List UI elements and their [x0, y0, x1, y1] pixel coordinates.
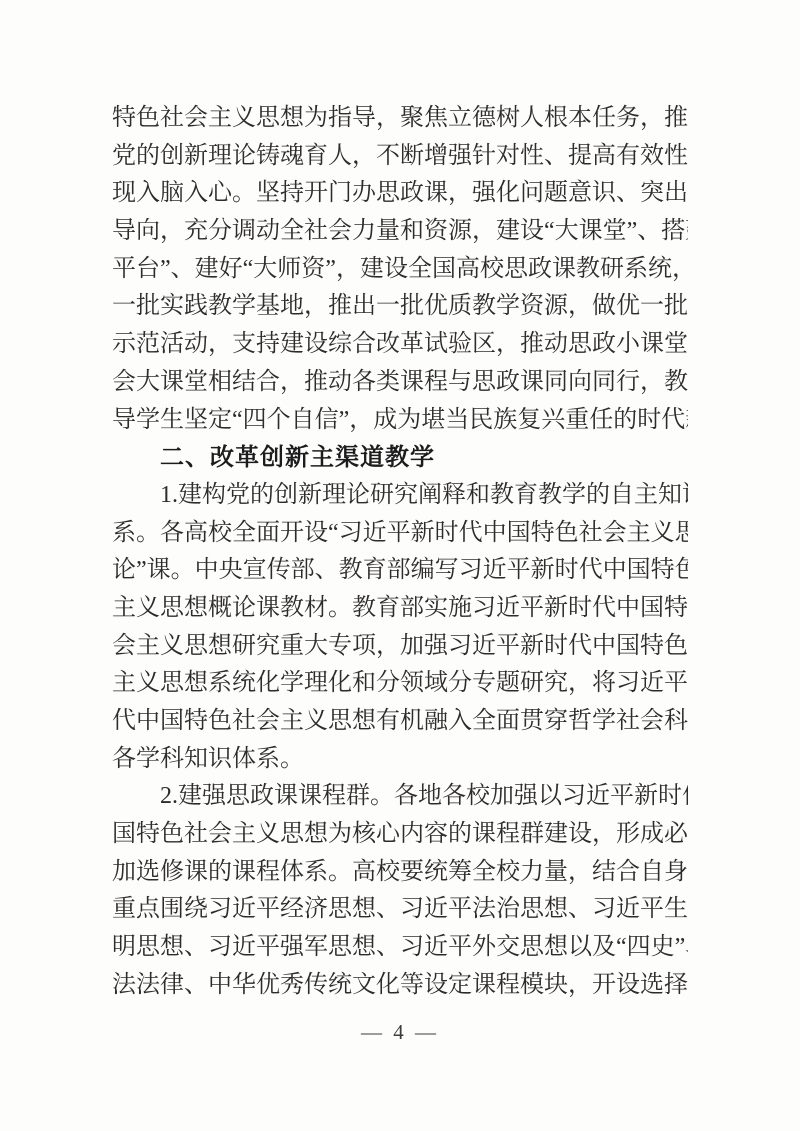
text-line: 会大课堂相结合，推动各类课程与思政课同向同行，教育引 — [112, 364, 688, 402]
text-line: 导向，充分调动全社会力量和资源，建设“大课堂”、搭建“大 — [112, 213, 688, 251]
text-line: 示范活动，支持建设综合改革试验区，推动思政小课堂与社 — [112, 326, 688, 364]
text-line: 平台”、建好“大师资”，建设全国高校思政课教研系统，设立 — [112, 251, 688, 289]
text-line: 会主义思想研究重大专项，加强习近平新时代中国特色社会 — [112, 628, 688, 666]
text-line: 党的创新理论铸魂育人，不断增强针对性、提高有效性，实 — [112, 138, 688, 176]
text-line: 主义思想概论课教材。教育部实施习近平新时代中国特色社 — [112, 590, 688, 628]
text-line: 特色社会主义思想为指导，聚焦立德树人根本任务，推动用 — [112, 100, 688, 138]
text-line: 加选修课的课程体系。高校要统筹全校力量，结合自身实际， — [112, 854, 688, 892]
text-line: 明思想、习近平强军思想、习近平外交思想以及“四史”、宪 — [112, 929, 688, 967]
document-body: 特色社会主义思想为指导，聚焦立德树人根本任务，推动用党的创新理论铸魂育人，不断增… — [112, 100, 688, 1005]
text-line: 2.建强思政课课程群。各地各校加强以习近平新时代中 — [112, 778, 688, 816]
section-heading: 二、改革创新主渠道教学 — [112, 439, 688, 477]
text-line: 法法律、中华优秀传统文化等设定课程模块，开设选择性必 — [112, 967, 688, 1005]
text-line: 1.建构党的创新理论研究阐释和教育教学的自主知识体 — [112, 477, 688, 515]
text-line: 国特色社会主义思想为核心内容的课程群建设，形成必修课 — [112, 816, 688, 854]
text-line: 重点围绕习近平经济思想、习近平法治思想、习近平生态文 — [112, 891, 688, 929]
text-line: 各学科知识体系。 — [112, 741, 688, 779]
text-line: 系。各高校全面开设“习近平新时代中国特色社会主义思想概 — [112, 515, 688, 553]
text-line: 现入脑入心。坚持开门办思政课，强化问题意识、突出实践 — [112, 175, 688, 213]
text-line: 一批实践教学基地，推出一批优质教学资源，做优一批品牌 — [112, 288, 688, 326]
text-line: 论”课。中央宣传部、教育部编写习近平新时代中国特色社会 — [112, 552, 688, 590]
page-number: — 4 — — [0, 1020, 800, 1045]
text-line: 代中国特色社会主义思想有机融入全面贯穿哲学社会科学 — [112, 703, 688, 741]
text-line: 导学生坚定“四个自信”，成为堪当民族复兴重任的时代新人。 — [112, 402, 688, 440]
text-line: 主义思想系统化学理化和分领域分专题研究，将习近平新时 — [112, 665, 688, 703]
document-page: 特色社会主义思想为指导，聚焦立德树人根本任务，推动用党的创新理论铸魂育人，不断增… — [0, 0, 800, 1131]
